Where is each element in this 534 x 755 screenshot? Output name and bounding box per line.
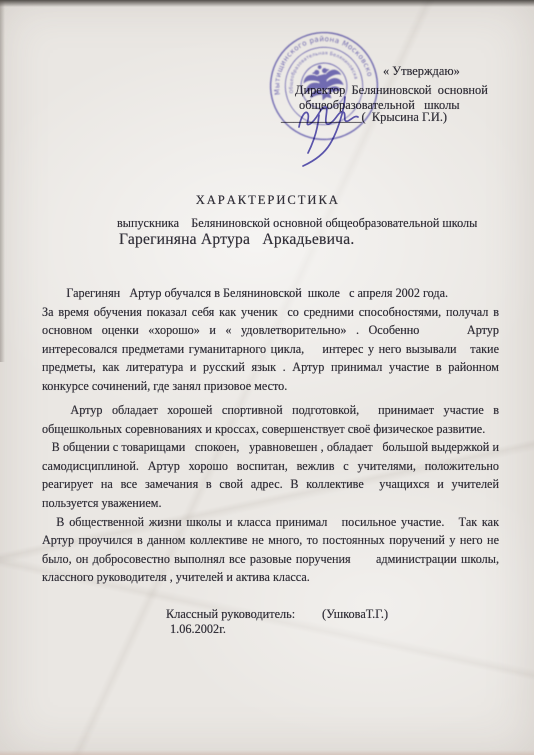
paragraph-sports: Артур обладает хорошей спортивной подгот… [42, 401, 499, 438]
class-teacher-label: Классный руководитель: [166, 607, 295, 622]
scanned-document-page: « Утверждаю» Директор Беляниновской осно… [0, 0, 534, 755]
approval-word: « Утверждаю» [383, 64, 460, 79]
document-title: Х А Р А К Т Е Р И С Т И К А [0, 193, 534, 208]
school-round-stamp: Мытищинского района Московской Общеобраз… [254, 16, 393, 155]
double-headed-eagle-icon [300, 61, 346, 104]
pupil-name: Гарегиняна Артура Аркадьевича. [119, 231, 354, 249]
paragraph-study: Гарегинян Артур обучался в Беляниновской… [42, 284, 499, 395]
scan-edge-left [0, 0, 5, 362]
paragraph-social: В общественной жизни школы и класса прин… [42, 513, 499, 587]
document-subtitle: выпускника Беляниновской основной общеоб… [117, 216, 477, 231]
paragraph-character: В общении с товарищами спокоен, уравнове… [42, 438, 499, 512]
class-teacher-name: (УшковаТ.Г.) [322, 607, 388, 622]
scan-edge-bottom [0, 750, 534, 755]
document-body: Гарегинян Артур обучался в Беляниновской… [42, 284, 499, 587]
document-date: 1.06.2002г. [170, 622, 226, 637]
scan-edge-top [0, 0, 534, 7]
